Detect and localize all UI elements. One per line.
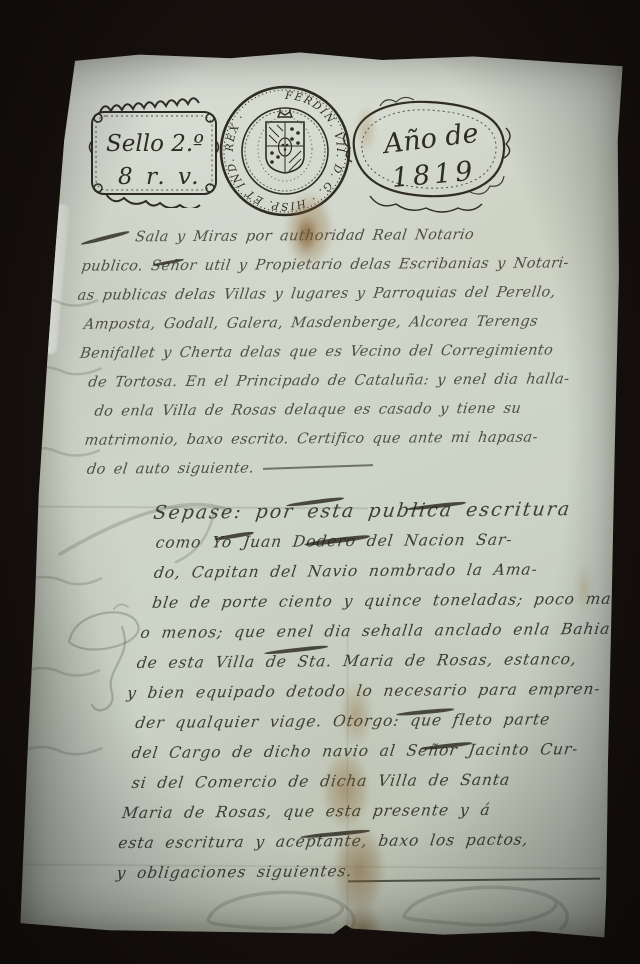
photograph-background: { "palette": { "background": "#17110e", … (0, 0, 640, 964)
tax-stamp-class: Sello 2.º (106, 131, 204, 157)
manuscript-line: do enla Villa de Rosas delaque es casado… (93, 394, 586, 426)
tax-stamp-frame-icon: Sello 2.º 8 r. v. (86, 96, 222, 208)
manuscript-line: de Tortosa. En el Principado de Cataluña… (86, 365, 585, 397)
ink-stain (292, 210, 320, 260)
water-stain (336, 897, 388, 964)
tax-stamp: Sello 2.º 8 r. v. (86, 96, 222, 208)
manuscript-line: Amposta, Godall, Galera, Masdenberge, Al… (82, 307, 585, 340)
coat-of-arms-icon (258, 109, 312, 181)
manuscript-line: ble de porte ciento y quince toneladas; … (150, 584, 616, 618)
manuscript-line: Benifallet y Cherta delas que es Vecino … (78, 336, 585, 369)
small-stain (574, 557, 594, 621)
manuscript-line: matrimonio, baxo escrito. Certifico que … (83, 423, 586, 456)
year-stamp-label: Año de (379, 118, 480, 161)
tax-stamp-price: 8 r. v. (118, 164, 202, 190)
manuscript-line: as publicas delas Villas y lugares y Par… (76, 278, 585, 311)
bleed-through-marks (18, 282, 108, 806)
manuscript-line: o menos; que enel dia sehalla anclado en… (139, 614, 617, 648)
show-through-swirl (390, 874, 580, 943)
manuscript-page: Sello 2.º 8 r. v. FERDIN. VII. D. G. · H… (18, 52, 625, 940)
manuscript-line: do el auto siguiente. (85, 452, 586, 484)
year-stamp-year: 1819 (391, 156, 478, 194)
manuscript-line: de esta Villa de Sta. Maria de Rosas, es… (135, 644, 617, 678)
manuscript-line: Sala y Miras por authoridad Real Notario (133, 220, 584, 252)
small-stain (352, 98, 380, 162)
